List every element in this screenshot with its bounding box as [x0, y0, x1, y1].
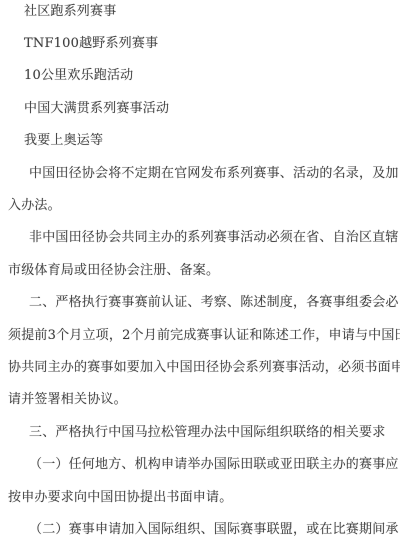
text-line: （一）任何地方、机构申请举办国际田联或亚田联主办的赛事应: [0, 448, 400, 480]
text-line: 中国大满贯系列赛事活动: [0, 92, 400, 124]
text-line: 二、严格执行赛事赛前认证、考察、陈述制度，各赛事组委会必: [0, 287, 400, 319]
text-line: （二）赛事申请加入国际组织、国际赛事联盟，或在比赛期间承: [0, 513, 400, 545]
document-text-block: 社区跑系列赛事TNF100越野系列赛事10公里欢乐跑活动中国大满贯系列赛事活动我…: [0, 0, 400, 546]
text-line: 社区跑系列赛事: [0, 0, 400, 27]
text-line: 须提前3个月立项，2个月前完成赛事认证和陈述工作，申请与中国田: [0, 319, 400, 351]
document-page: 社区跑系列赛事TNF100越野系列赛事10公里欢乐跑活动中国大满贯系列赛事活动我…: [0, 0, 400, 550]
text-line: 我要上奥运等: [0, 125, 400, 157]
text-line: 请并签署相关协议。: [0, 384, 400, 416]
text-line: 市级体育局或田径协会注册、备案。: [0, 254, 400, 286]
text-line: 10公里欢乐跑活动: [0, 60, 400, 92]
text-line: 三、严格执行中国马拉松管理办法中国际组织联络的相关要求: [0, 416, 400, 448]
text-line: 协共同主办的赛事如要加入中国田径协会系列赛事活动，必须书面申: [0, 351, 400, 383]
text-line: 非中国田径协会共同主办的系列赛事活动必须在省、自治区直辖: [0, 222, 400, 254]
text-line: 入办法。: [0, 189, 400, 221]
text-line: 中国田径协会将不定期在官网发布系列赛事、活动的名录，及加: [0, 157, 400, 189]
text-line: TNF100越野系列赛事: [0, 27, 400, 59]
text-line: 按申办要求向中国田协提出书面申请。: [0, 481, 400, 513]
